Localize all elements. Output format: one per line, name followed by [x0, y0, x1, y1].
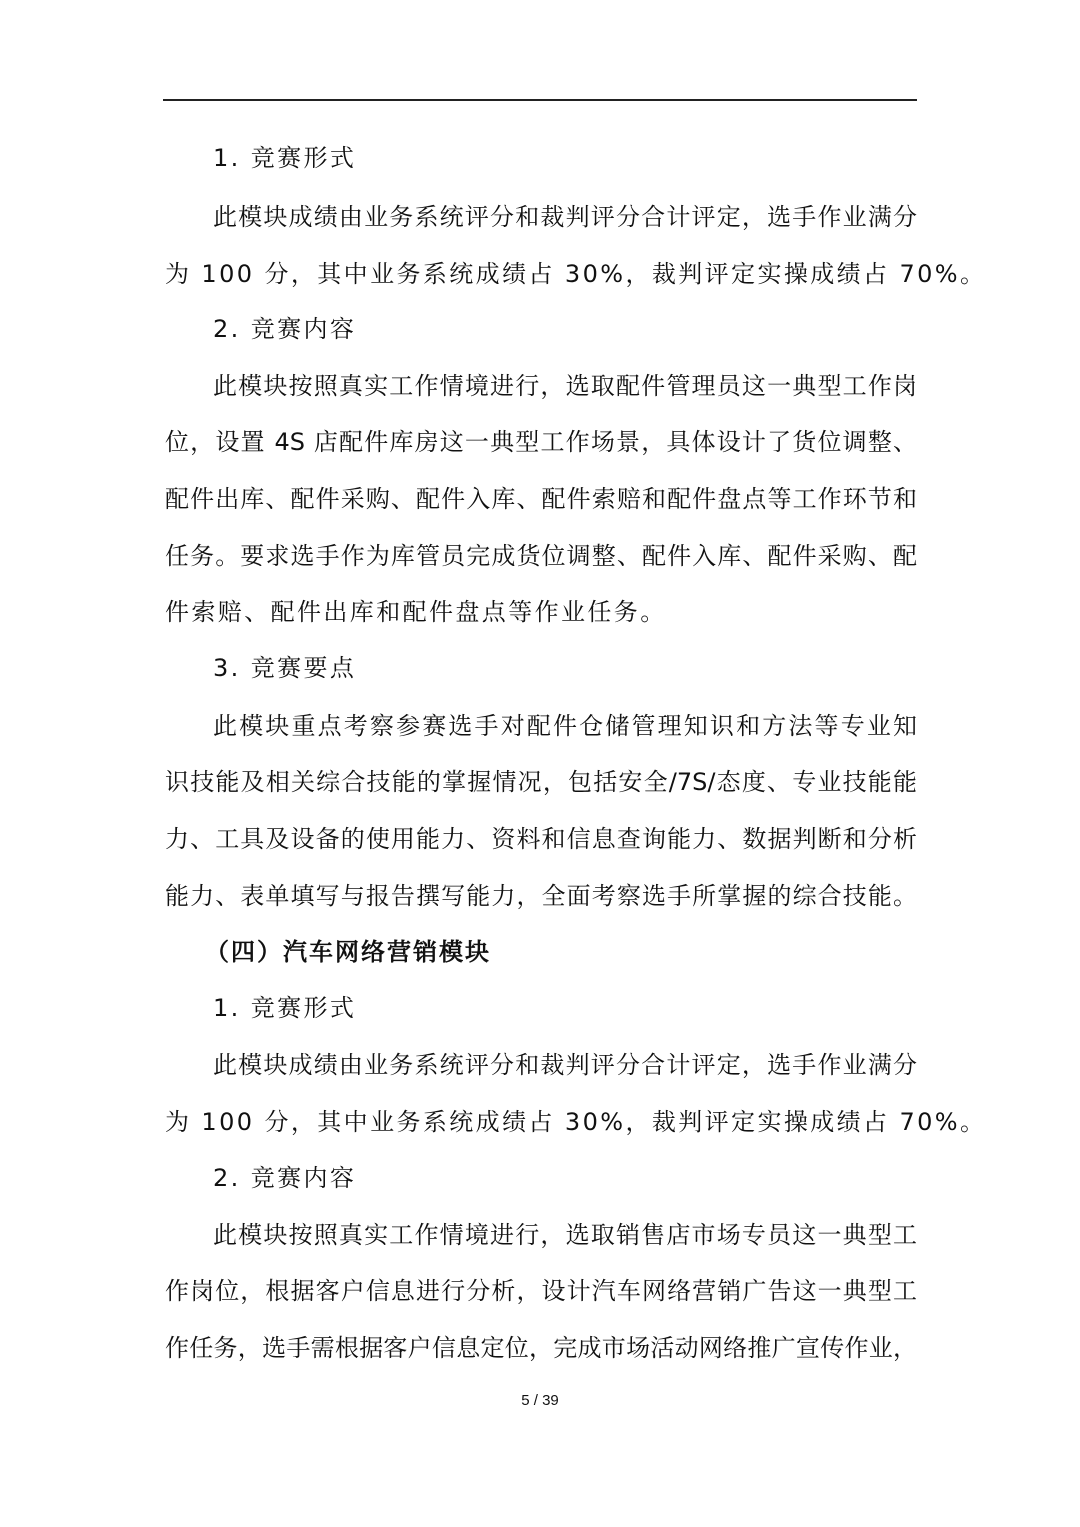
- paragraph-line: 识技能及相关综合技能的掌握情况，包括安全/7S/态度、专业技能能: [165, 767, 917, 797]
- subheading-competition-content: 2. 竞赛内容: [213, 1163, 917, 1193]
- paragraph-line: 此模块按照真实工作情境进行，选取销售店市场专员这一典型工: [213, 1220, 917, 1250]
- subheading-competition-format: 1. 竞赛形式: [213, 143, 917, 173]
- paragraph-line: 此模块成绩由业务系统评分和裁判评分合计评定，选手作业满分: [213, 202, 917, 232]
- page-number: 5 / 39: [0, 1392, 1080, 1409]
- paragraph-line: 作岗位，根据客户信息进行分析，设计汽车网络营销广告这一典型工: [165, 1276, 917, 1306]
- paragraph-line: 为 100 分，其中业务系统成绩占 30%，裁判评定实操成绩占 70%。: [165, 1107, 917, 1137]
- paragraph-line: 位，设置 4S 店配件库房这一典型工作场景，具体设计了货位调整、: [165, 427, 917, 457]
- subheading-competition-key-points: 3. 竞赛要点: [213, 653, 917, 683]
- paragraph-line: 任务。要求选手作为库管员完成货位调整、配件入库、配件采购、配: [165, 541, 917, 571]
- paragraph-line: 力、工具及设备的使用能力、资料和信息查询能力、数据判断和分析: [165, 824, 917, 854]
- paragraph-line: 能力、表单填写与报告撰写能力，全面考察选手所掌握的综合技能。: [165, 881, 917, 911]
- header-rule: [163, 99, 917, 101]
- section-heading-online-marketing: （四）汽车网络营销模块: [205, 937, 909, 967]
- paragraph-line: 此模块重点考察参赛选手对配件仓储管理知识和方法等专业知: [213, 711, 917, 741]
- paragraph-line: 此模块成绩由业务系统评分和裁判评分合计评定，选手作业满分: [213, 1050, 917, 1080]
- paragraph-line: 件索赔、配件出库和配件盘点等作业任务。: [165, 597, 917, 627]
- paragraph-line: 为 100 分，其中业务系统成绩占 30%，裁判评定实操成绩占 70%。: [165, 259, 917, 289]
- paragraph-line: 此模块按照真实工作情境进行，选取配件管理员这一典型工作岗: [213, 371, 917, 401]
- paragraph-line: 配件出库、配件采购、配件入库、配件索赔和配件盘点等工作环节和: [165, 484, 917, 514]
- subheading-competition-content: 2. 竞赛内容: [213, 314, 917, 344]
- paragraph-line: 作任务，选手需根据客户信息定位，完成市场活动网络推广宣传作业，: [165, 1333, 917, 1363]
- subheading-competition-format: 1. 竞赛形式: [213, 993, 917, 1023]
